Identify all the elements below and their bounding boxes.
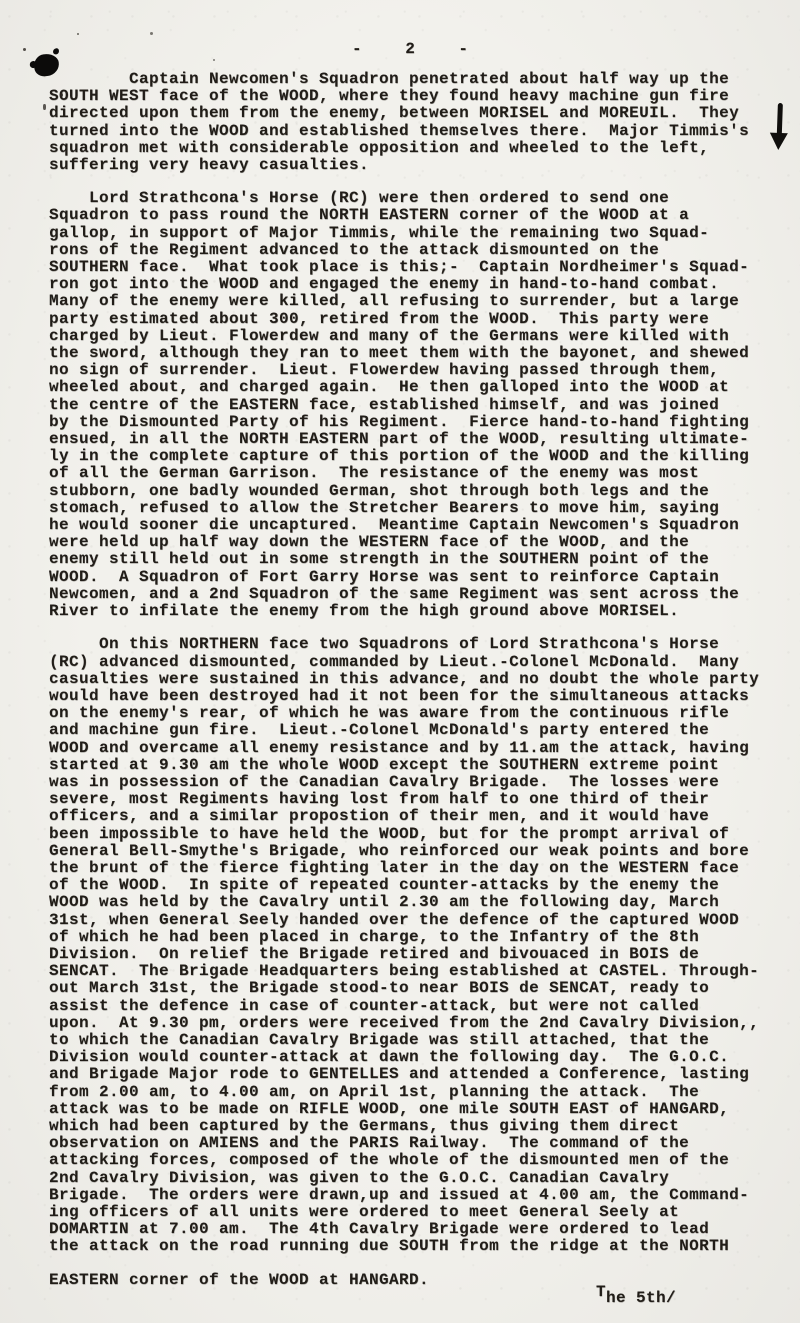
paragraph-3: On this NORTHERN face two Squadrons of L…: [49, 636, 794, 1255]
paragraph-1: Captain Newcomen's Squadron penetrated a…: [49, 71, 794, 174]
ink-speck: [23, 48, 26, 51]
scanned-document-page: - 2 - Captain Newcomen's Squadron penetr…: [0, 0, 800, 1323]
ink-speck: [77, 33, 79, 35]
catchword-raised-t: T: [596, 1284, 606, 1301]
closing-line: EASTERN corner of the WOOD at HANGARD.: [49, 1272, 794, 1289]
down-arrow-ink-smudge: [767, 103, 791, 156]
page-number: - 2 -: [352, 40, 485, 58]
ink-speck: [60, 93, 63, 97]
smudge-arrowhead: [769, 133, 788, 151]
ink-speck: [213, 59, 215, 61]
catchword-rest: he 5th/: [606, 1289, 676, 1307]
ink-speck: [43, 104, 46, 110]
smudge-stem: [777, 103, 783, 135]
paragraph-2: Lord Strathcona's Horse (RC) were then o…: [49, 190, 794, 620]
document-body: Captain Newcomen's Squadron penetrated a…: [49, 71, 794, 1307]
catchword: The 5th/: [49, 1290, 794, 1307]
ink-speck: [150, 32, 153, 35]
